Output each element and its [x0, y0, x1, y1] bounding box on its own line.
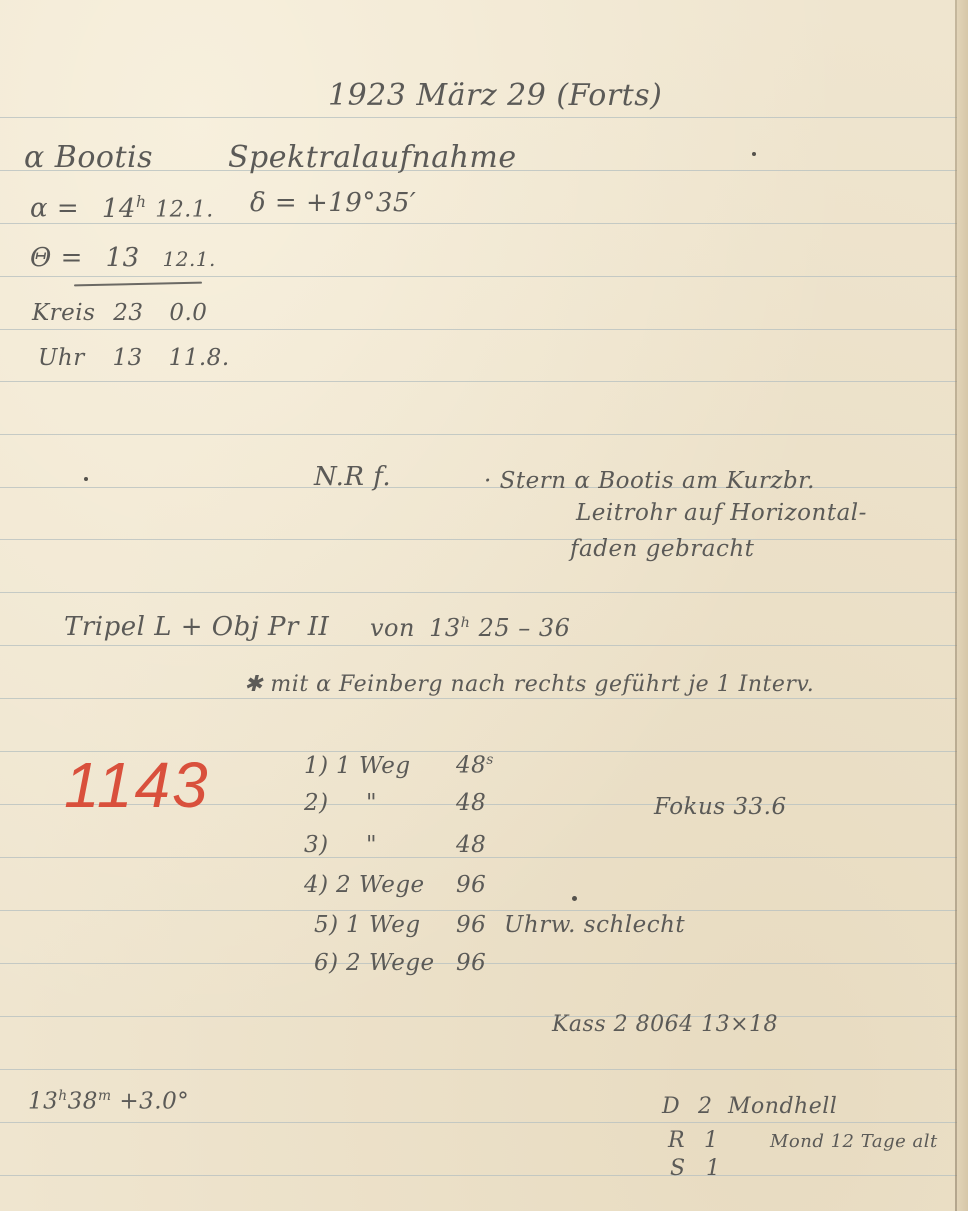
coord-delta: δ = +19°35′: [250, 188, 416, 218]
ink-dot: [752, 152, 756, 156]
setting-value-a: 23: [113, 300, 143, 326]
exposure-desc: 2 Wege: [336, 872, 456, 898]
end-temp: +3.0°: [119, 1089, 189, 1115]
exposure-unit: s: [486, 752, 494, 768]
time-prefix: von: [370, 614, 415, 642]
ruled-line: [0, 276, 968, 277]
ruled-line: [0, 592, 968, 593]
exposure-desc: 1 Weg: [346, 912, 456, 938]
theta-label: Θ =: [30, 243, 83, 273]
time-range: 25 – 36: [479, 614, 571, 642]
exposure-desc: 1 Weg: [336, 753, 456, 779]
ruled-line: [0, 1122, 968, 1123]
ruled-line: [0, 434, 968, 435]
page-gutter: [957, 0, 968, 1211]
exposure-value: 96: [456, 872, 486, 898]
condition-key: R: [668, 1128, 704, 1153]
ruled-line: [0, 1069, 968, 1070]
exposure-row: 4)2 Wege96: [304, 872, 486, 898]
exposure-row: 2)"48: [304, 790, 486, 816]
theta-min: 12.1.: [163, 247, 216, 271]
alpha-label: α =: [30, 194, 79, 224]
condition-row: R1Mond 12 Tage alt: [668, 1128, 938, 1153]
condition-value: 2: [698, 1094, 728, 1119]
setup-time: von 13h 25 – 36: [370, 614, 570, 642]
end-h: h: [58, 1088, 67, 1104]
exposure-row: 1)1 Weg48s: [304, 752, 494, 779]
condition-note: Mondhell: [728, 1094, 837, 1119]
end-min: 38: [68, 1089, 98, 1115]
exposure-number: 3): [304, 832, 366, 858]
setup-note: ✱ mit α Feinberg nach rechts geführt je …: [244, 672, 814, 697]
exposure-value: 96: [456, 912, 504, 938]
time-h: h: [461, 615, 471, 631]
object-name: α Bootis: [24, 140, 153, 175]
condition-value: 1: [704, 1128, 770, 1153]
exposure-desc: ": [366, 790, 456, 816]
end-hours: 13: [28, 1089, 58, 1115]
exposure-value: 48: [456, 790, 486, 816]
end-time: 13h38m +3.0°: [28, 1088, 189, 1115]
setting-kreis: Kreis 23 0.0: [32, 300, 207, 326]
exposure-row: 5)1 Weg96Uhrw. schlecht: [314, 912, 685, 938]
exposure-number: 5): [314, 912, 346, 938]
nrf-line-3: faden gebracht: [570, 536, 754, 562]
exposure-number: 2): [304, 790, 366, 816]
nrf-line-2: Leitrohr auf Horizontal-: [576, 500, 867, 526]
condition-key: D: [662, 1094, 698, 1119]
exposure-value: 96: [456, 950, 486, 976]
theta-hours: 13: [106, 243, 140, 273]
exposure-desc: ": [366, 832, 456, 858]
alpha-h: h: [136, 193, 147, 211]
coord-alpha: α = 14h 12.1.: [30, 193, 214, 224]
ruled-line: [0, 539, 968, 540]
object-title: Spektralaufnahme: [228, 140, 517, 175]
ruled-line: [0, 381, 968, 382]
coord-theta: Θ = 13 12.1.: [30, 243, 216, 273]
setting-value-b: 11.8.: [169, 345, 230, 371]
setting-label: Uhr: [38, 345, 85, 371]
ruled-line: [0, 698, 968, 699]
setting-label: Kreis: [32, 300, 95, 326]
ruled-line: [0, 329, 968, 330]
notebook-page: 1923 März 29 (Forts) α Bootis Spektralau…: [0, 0, 968, 1211]
exposure-desc: 2 Wege: [346, 950, 456, 976]
ruled-line: [0, 1175, 968, 1176]
ink-dot: [572, 896, 577, 901]
ruled-line: [0, 117, 968, 118]
condition-key: S: [670, 1156, 706, 1181]
setup-line: Tripel L + Obj Pr II: [64, 612, 329, 642]
time-hours: 13: [429, 614, 461, 642]
exposure-number: 1): [304, 753, 336, 779]
condition-row: D2Mondhell: [662, 1094, 837, 1119]
ink-dot: [84, 477, 88, 481]
exposure-number: 6): [314, 950, 346, 976]
nrf-label: N.R f.: [314, 462, 391, 492]
setting-value-a: 13: [113, 345, 143, 371]
alpha-hours: 14: [102, 194, 136, 224]
exposure-row: 3)"48: [304, 832, 486, 858]
underline: [74, 282, 202, 287]
focus-note: Fokus 33.6: [654, 794, 787, 820]
nrf-line-1: · Stern α Bootis am Kurzbr.: [484, 468, 815, 494]
condition-value: 1: [706, 1156, 721, 1181]
plate-number: 1143: [64, 748, 210, 822]
ruled-line: [0, 910, 968, 911]
setting-value-b: 0.0: [169, 300, 207, 326]
cassette-note: Kass 2 8064 13×18: [552, 1012, 778, 1037]
exposure-value: 48: [456, 832, 486, 858]
setting-uhr: Uhr 13 11.8.: [38, 345, 230, 371]
condition-row: S1: [670, 1156, 721, 1181]
page-header-date: 1923 März 29 (Forts): [328, 78, 662, 113]
exposure-note: Uhrw. schlecht: [504, 912, 685, 938]
exposure-value: 48: [456, 753, 486, 779]
ruled-line: [0, 645, 968, 646]
alpha-min: 12.1.: [155, 198, 213, 223]
ruled-line: [0, 1016, 968, 1017]
page-edge: [955, 0, 957, 1211]
exposure-number: 4): [304, 872, 336, 898]
end-m: m: [98, 1088, 112, 1104]
exposure-row: 6)2 Wege96: [314, 950, 486, 976]
condition-note: Mond 12 Tage alt: [770, 1131, 938, 1152]
